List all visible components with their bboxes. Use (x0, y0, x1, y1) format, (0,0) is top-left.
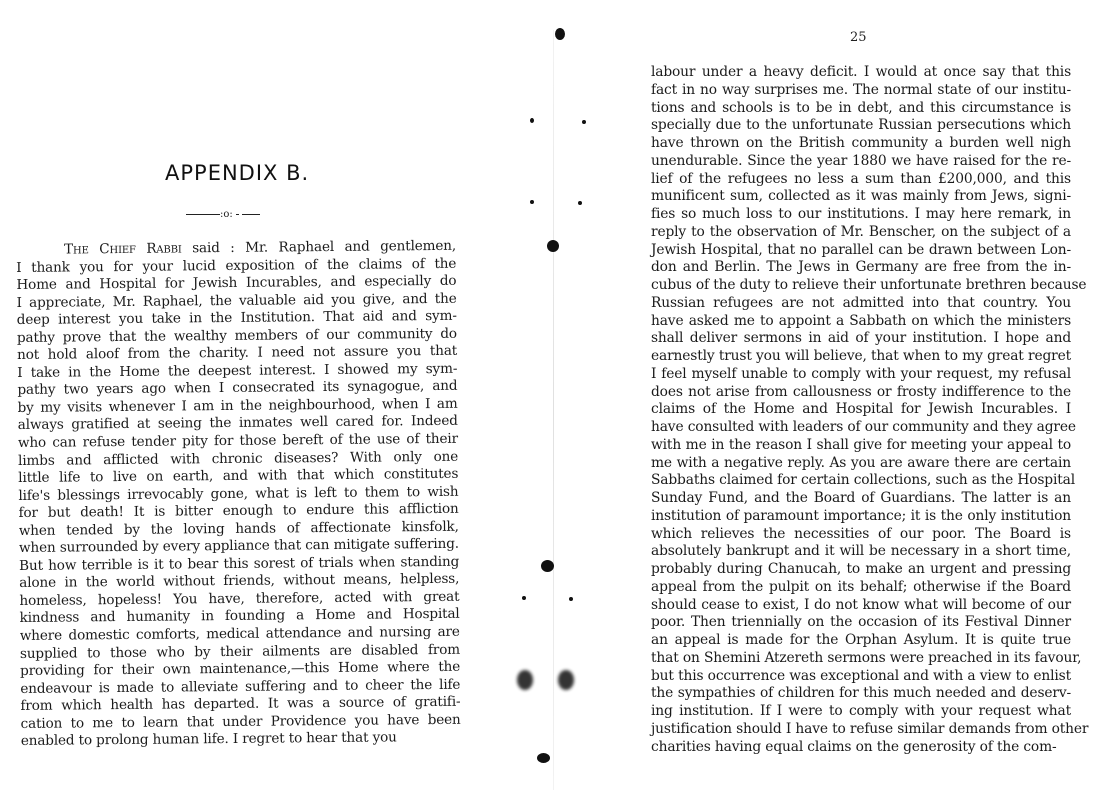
text-line: unendurable. Since the year 1880 we have… (651, 153, 1071, 171)
ornament-dash (236, 214, 239, 215)
text-line: reply to the observation of Mr. Benscher… (651, 224, 1071, 242)
text-line: have asked me to appoint a Sabbath on wh… (651, 313, 1071, 331)
speaker-name: The Chief Rabbi (64, 240, 182, 257)
text-line: Russian refugees are not admitted into t… (651, 295, 1071, 313)
left-text-column: The Chief Rabbi said : Mr. Raphael and g… (16, 238, 461, 751)
text-line: earnestly trust you will believe, that w… (651, 348, 1071, 366)
text-line: but this occurrence was exceptional and … (651, 668, 1071, 686)
ornament-rule-left (186, 214, 220, 215)
text-line: that on Shemini Atzereth sermons were pr… (651, 650, 1071, 668)
ornament-glyph: :o: (220, 209, 233, 220)
text-line: fact in no way surprises me. The normal … (651, 82, 1071, 100)
text-line: labour under a heavy deficit. I would at… (651, 64, 1071, 82)
text-line: poor. Then triennially on the occasion o… (651, 614, 1071, 632)
text-line: have consulted with leaders of our commu… (651, 419, 1071, 437)
ornament-rule-right (242, 214, 260, 215)
text-line: tions and schools is to be in debt, and … (651, 100, 1071, 118)
text-line: appeal from the pulpit on its behalf; ot… (651, 579, 1071, 597)
text-line: don and Berlin. The Jews in Germany are … (651, 259, 1071, 277)
binding-mark (517, 670, 533, 690)
binding-mark (530, 118, 534, 123)
text-line: fies so much loss to our institutions. I… (651, 206, 1071, 224)
text-line: me with a negative reply. As you are awa… (651, 455, 1071, 473)
page-number: 25 (850, 30, 867, 45)
text-line: justification should I have to refuse si… (651, 721, 1071, 739)
text-line: Jewish Hospital, that no parallel can be… (651, 242, 1071, 260)
left-page: APPENDIX B. :o: The Chief Rabbi said : M… (0, 0, 540, 793)
text-line: Sabbaths claimed for certain collections… (651, 472, 1071, 490)
ornament-divider: :o: (186, 209, 260, 220)
appendix-heading: APPENDIX B. (165, 161, 335, 185)
text-line: ing institution. If I were to comply wit… (651, 703, 1071, 721)
text-line: probably during Chanucah, to make an urg… (651, 561, 1071, 579)
text-line: does not arise from callousness or frost… (651, 384, 1071, 402)
text-line: have thrown on the British community a b… (651, 135, 1071, 153)
text-line: which relieves the necessities of our po… (651, 526, 1071, 544)
text-line: charities having equal claims on the gen… (651, 739, 1071, 757)
text-line: enabled to prolong human life. I regret … (21, 729, 461, 751)
binding-mark (530, 200, 534, 204)
binding-mark (522, 596, 526, 600)
text-line: lief of the refugees no less a sum than … (651, 171, 1071, 189)
text-line-content: said : Mr. Raphael and gentlemen, (182, 238, 457, 257)
text-line: an appeal is made for the Orphan Asylum.… (651, 632, 1071, 650)
text-line: absolutely bankrupt and it will be neces… (651, 543, 1071, 561)
text-line: I feel myself unable to comply with your… (651, 366, 1071, 384)
text-line: with me in the reason I shall give for m… (651, 437, 1071, 455)
right-text-column: labour under a heavy deficit. I would at… (651, 64, 1071, 756)
text-line: munificent sum, collected as it was main… (651, 188, 1071, 206)
text-line: Sunday Fund, and the Board of Guardians.… (651, 490, 1071, 508)
text-line: the sympathies of children for this much… (651, 685, 1071, 703)
text-line: claims of the Home and Hospital for Jewi… (651, 401, 1071, 419)
text-line: cubus of the duty to relieve their unfor… (651, 277, 1071, 295)
text-line: shall deliver sermons in aid of your ins… (651, 330, 1071, 348)
text-line: specially due to the unfortunate Russian… (651, 117, 1071, 135)
text-line: should cease to exist, I do not know wha… (651, 597, 1071, 615)
text-line: institution of paramount importance; it … (651, 508, 1071, 526)
